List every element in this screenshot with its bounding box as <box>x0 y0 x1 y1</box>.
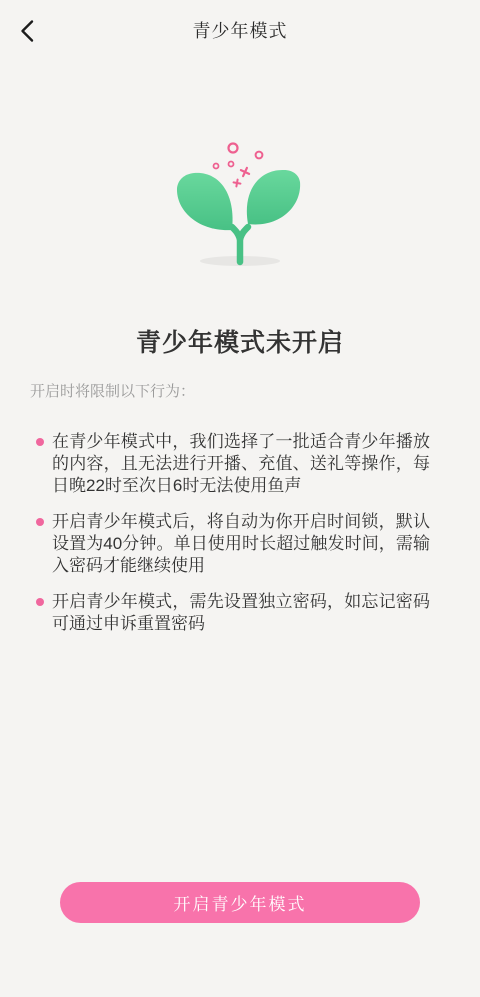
bullet-dot-icon <box>36 598 44 606</box>
restriction-item: 开启青少年模式，需先设置独立密码，如忘记密码可通过申诉重置密码 <box>30 591 430 635</box>
bullet-dot-icon <box>36 438 44 446</box>
header: 青少年模式 <box>0 0 480 60</box>
restrictions-list: 在青少年模式中，我们选择了一批适合青少年播放的内容，且无法进行开播、充值、送礼等… <box>30 431 430 649</box>
restriction-text: 开启青少年模式后，将自动为你开启时间锁，默认设置为40分钟。单日使用时长超过触发… <box>52 512 430 575</box>
sparkles <box>214 144 263 188</box>
status-title: 青少年模式未开启 <box>0 327 480 359</box>
restrictions-intro: 开启时将限制以下行为： <box>30 381 430 402</box>
right-leaf <box>247 170 300 225</box>
restriction-item: 开启青少年模式后，将自动为你开启时间锁，默认设置为40分钟。单日使用时长超过触发… <box>30 511 430 577</box>
restriction-text: 在青少年模式中，我们选择了一批适合青少年播放的内容，且无法进行开播、充值、送礼等… <box>52 432 430 495</box>
left-leaf <box>177 173 233 230</box>
sprout-icon <box>170 140 310 275</box>
page-title: 青少年模式 <box>193 17 288 43</box>
restriction-text: 开启青少年模式，需先设置独立密码，如忘记密码可通过申诉重置密码 <box>52 592 430 633</box>
back-button[interactable] <box>6 10 48 52</box>
chevron-left-icon <box>19 19 35 43</box>
restriction-item: 在青少年模式中，我们选择了一批适合青少年播放的内容，且无法进行开播、充值、送礼等… <box>30 431 430 497</box>
sprout-illustration <box>170 140 310 270</box>
teen-mode-screen: 青少年模式 <box>0 0 480 997</box>
enable-teen-mode-button[interactable]: 开启青少年模式 <box>60 882 420 923</box>
bullet-dot-icon <box>36 518 44 526</box>
